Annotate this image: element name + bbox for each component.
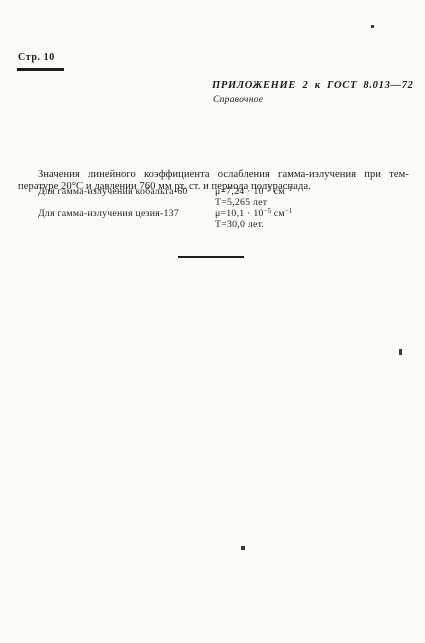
appendix-subtitle: Справочное [213,95,263,105]
mu-value: μ=7,24 · 10−5 см−1 [215,186,292,197]
appendix-title: ПРИЛОЖЕНИЕ 2 к ГОСТ 8.013—72 [212,80,414,91]
scan-artifact-dot [399,349,402,355]
entry-row-cobalt-60: Для гамма-излучения кобальта-60 μ=7,24 ·… [38,186,292,208]
entry-label: Для гамма-излучения цезия-137 [38,208,215,219]
document-page: Стр. 10 ПРИЛОЖЕНИЕ 2 к ГОСТ 8.013—72 Спр… [0,0,425,643]
halflife-value: Т=5,265 лет [215,197,292,208]
entry-values: μ=10,1 · 10−5 см−1 Т=30,0 лет. [215,208,292,230]
halflife-value: Т=30,0 лет. [215,219,292,230]
separator-rule [178,256,244,258]
radiation-entries: Для гамма-излучения кобальта-60 μ=7,24 ·… [38,186,292,230]
page-number-underline [17,68,64,71]
mu-value-unit: см [271,186,285,197]
entry-values: μ=7,24 · 10−5 см−1 Т=5,265 лет [215,186,292,208]
mu-value-unit: см [271,208,285,219]
scan-artifact-dot [241,546,245,550]
mu-value: μ=10,1 · 10−5 см−1 [215,208,292,219]
page-number-label: Стр. 10 [18,52,55,63]
entry-row-cesium-137: Для гамма-излучения цезия-137 μ=10,1 · 1… [38,208,292,230]
paragraph-line: Значения линейного коэффициента ослаблен… [18,169,409,182]
entry-label: Для гамма-излучения кобальта-60 [38,186,215,197]
scan-artifact-dot [371,25,374,28]
mu-value-base: μ=7,24 · 10 [215,186,264,197]
mu-value-base: μ=10,1 · 10 [215,208,264,219]
